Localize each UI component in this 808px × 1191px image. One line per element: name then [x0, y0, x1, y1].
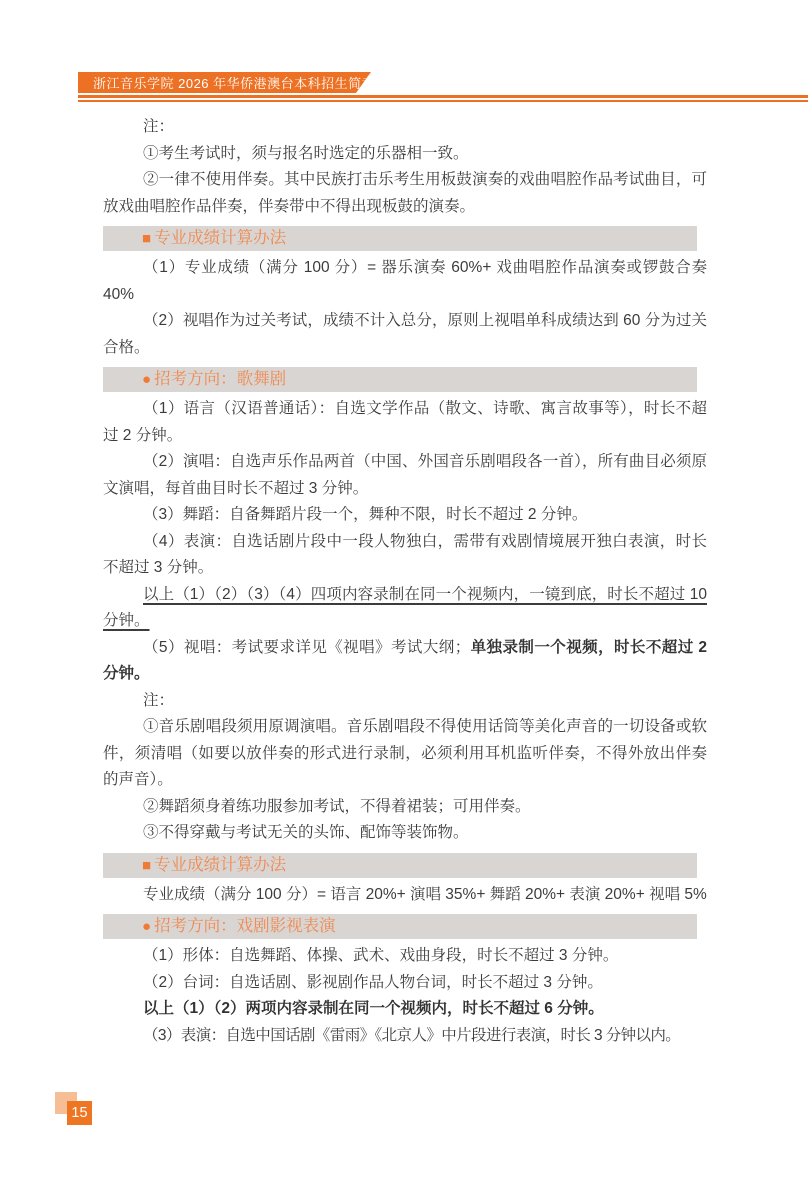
section-bar-title: 专业成绩计算办法: [154, 225, 286, 252]
note-label: 注：: [103, 688, 707, 715]
section-bar-direction-xiju: ● 招考方向：戏剧影视表演: [103, 914, 697, 939]
document-content: 注： ①考生考试时，须与报名时选定的乐器相一致。 ②一律不使用伴奏。其中民族打击…: [0, 0, 808, 1049]
page-number: 15: [71, 1105, 87, 1121]
recording-note-bold: 以上（1）（2）两项内容录制在同一个视频内，时长不超过 6 分钟。: [103, 996, 707, 1023]
exam-item: （4）表演：自选话剧片段中一段人物独白，需带有戏剧情境展开独白表演，时长不超过 …: [103, 529, 707, 582]
note-item: ②一律不使用伴奏。其中民族打击乐考生用板鼓演奏的戏曲唱腔作品考试曲目，可放戏曲唱…: [103, 167, 707, 220]
exam-item: （3）舞蹈：自备舞蹈片段一个，舞种不限，时长不超过 2 分钟。: [103, 502, 707, 529]
exam-item: （1）语言（汉语普通话）：自选文学作品（散文、诗歌、寓言故事等），时长不超过 2…: [103, 396, 707, 449]
circle-marker-icon: ●: [142, 919, 151, 934]
recording-note-underlined: 以上（1）（2）（3）（4）四项内容录制在同一个视频内，一镜到底，时长不超过 1…: [103, 582, 707, 635]
exam-item: （3）表演：自选中国话剧《雷雨》《北京人》中片段进行表演，时长 3 分钟以内。: [103, 1023, 707, 1050]
section-bar-title: 专业成绩计算办法: [154, 852, 286, 879]
section-bar-title: 招考方向：歌舞剧: [154, 366, 286, 393]
note-item: ②舞蹈须身着练功服参加考试，不得着裙装；可用伴奏。: [103, 794, 707, 821]
score-formula-item: （2）视唱作为过关考试，成绩不计入总分，原则上视唱单科成绩达到 60 分为过关合…: [103, 308, 707, 361]
note-label: 注：: [103, 114, 707, 141]
section-bar-direction-gewuju: ● 招考方向：歌舞剧: [103, 367, 697, 392]
exam-item-5-regular: （5）视唱：考试要求详见《视唱》考试大纲；: [143, 639, 470, 656]
circle-marker-icon: ●: [142, 372, 151, 387]
page: 浙江音乐学院 2026 年华侨港澳台本科招生简章 注： ①考生考试时，须与报名时…: [0, 0, 808, 1191]
exam-item: （2）台词：自选话剧、影视剧作品人物台词，时长不超过 3 分钟。: [103, 970, 707, 997]
note-item: ①考生考试时，须与报名时选定的乐器相一致。: [103, 141, 707, 168]
exam-item-5: （5）视唱：考试要求详见《视唱》考试大纲；单独录制一个视频，时长不超过 2 分钟…: [103, 635, 707, 688]
exam-item: （1）形体：自选舞蹈、体操、武术、戏曲身段，时长不超过 3 分钟。: [103, 943, 707, 970]
section-bar-title: 招考方向：戏剧影视表演: [154, 913, 336, 940]
score-formula-item: 专业成绩（满分 100 分）= 语言 20%+ 演唱 35%+ 舞蹈 20%+ …: [103, 882, 707, 909]
section-bar-score-method-2: ■ 专业成绩计算办法: [103, 853, 697, 878]
exam-item: （2）演唱：自选声乐作品两首（中国、外国音乐剧唱段各一首），所有曲目必须原文演唱…: [103, 449, 707, 502]
page-number-badge: 15: [67, 1101, 92, 1125]
note-item: ①音乐剧唱段须用原调演唱。音乐剧唱段不得使用话筒等美化声音的一切设备或软件，须清…: [103, 714, 707, 794]
note-item: ③不得穿戴与考试无关的头饰、配饰等装饰物。: [103, 820, 707, 847]
square-marker-icon: ■: [142, 858, 151, 873]
section-bar-score-method-1: ■ 专业成绩计算办法: [103, 226, 697, 251]
score-formula-item: （1）专业成绩（满分 100 分）= 器乐演奏 60%+ 戏曲唱腔作品演奏或锣鼓…: [103, 255, 707, 308]
square-marker-icon: ■: [142, 231, 151, 246]
